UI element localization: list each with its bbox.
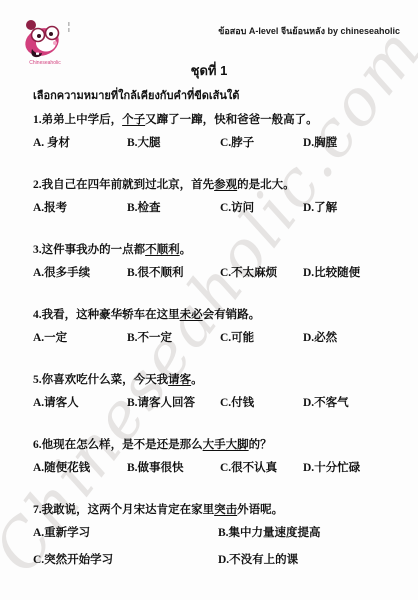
underlined-term: 突击: [214, 504, 237, 516]
underlined-term: 大手大脚: [203, 439, 249, 451]
answer-option: D.不没有上的课: [218, 552, 404, 568]
question-text: 6.他现在怎么样，是不是还是那么大手大脚的？: [33, 437, 404, 453]
question-text: 5.你喜欢吃什么菜，今天我请客。: [33, 372, 404, 388]
document-header-text: ข้อสอบ A-level จีนย้อนหลัง by chineseaho…: [218, 24, 400, 38]
question-text: 7.我敢说，这两个月宋达肯定在家里突击外语呢。: [33, 502, 404, 518]
instruction-text: เลือกความหมายที่ใกล้เคียงกับคำที่ขีดเส้น…: [33, 86, 239, 104]
answer-option: D.比较随便: [303, 265, 404, 281]
underlined-term: 未必: [180, 309, 203, 321]
answer-option: B.大腿: [127, 135, 220, 151]
answer-options: A. 身材B.大腿C.脖子D.胸膛: [33, 135, 404, 151]
answer-options: A.报考B.检查C.访问D.了解: [33, 200, 404, 216]
question-list: 1.弟弟上中学后，个子又蹿了一蹿，快和爸爸一般高了。A. 身材B.大腿C.脖子D…: [33, 112, 404, 594]
answer-option: B.集中力量速度提高: [218, 525, 404, 541]
answer-option: C.脖子: [220, 135, 303, 151]
question-block: 2.我自己在四年前就到过北京，首先参观的是北大。A.报考B.检查C.访问D.了解: [33, 177, 404, 216]
answer-option: A.随便花钱: [33, 460, 127, 476]
answer-options: A.请客人B.请客人回答C.付钱D.不客气: [33, 395, 404, 411]
answer-option: D.不客气: [303, 395, 404, 411]
answer-option: D.必然: [303, 330, 404, 346]
underlined-term: 参观: [214, 179, 237, 191]
set-title: ชุดที่ 1: [0, 60, 418, 81]
answer-option: A.报考: [33, 200, 127, 216]
question-block: 3.这件事我办的一点都不顺利。A.很多手续B.很不顺利C.不太麻烦D.比较随便: [33, 242, 404, 281]
answer-option: A.请客人: [33, 395, 127, 411]
brand-logo: Chineseaholic: [18, 14, 78, 66]
question-text: 1.弟弟上中学后，个子又蹿了一蹿，快和爸爸一般高了。: [33, 112, 404, 128]
answer-option: A. 身材: [33, 135, 127, 151]
question-block: 6.他现在怎么样，是不是还是那么大手大脚的？A.随便花钱B.做事很快C.很不认真…: [33, 437, 404, 476]
question-text: 4.我看，这种豪华轿车在这里未必会有销路。: [33, 307, 404, 323]
question-block: 5.你喜欢吃什么菜，今天我请客。A.请客人B.请客人回答C.付钱D.不客气: [33, 372, 404, 411]
answer-option: B.请客人回答: [127, 395, 220, 411]
answer-option: A.重新学习: [33, 525, 218, 541]
underlined-term: 不顺利: [145, 244, 180, 256]
answer-options: A.重新学习B.集中力量速度提高C.突然开始学习D.不没有上的课: [33, 525, 404, 568]
answer-options: A.随便花钱B.做事很快C.很不认真D.十分忙碌: [33, 460, 404, 476]
mascot-icon: Chineseaholic: [18, 14, 78, 66]
answer-option: C.很不认真: [220, 460, 303, 476]
question-text: 2.我自己在四年前就到过北京，首先参观的是北大。: [33, 177, 404, 193]
question-block: 7.我敢说，这两个月宋达肯定在家里突击外语呢。A.重新学习B.集中力量速度提高C…: [33, 502, 404, 568]
answer-option: B.很不顺利: [127, 265, 220, 281]
exam-page: Chineseaholic.com Chineseaholic ข้อสอบ A…: [0, 0, 418, 600]
question-block: 1.弟弟上中学后，个子又蹿了一蹿，快和爸爸一般高了。A. 身材B.大腿C.脖子D…: [33, 112, 404, 151]
answer-option: C.访问: [220, 200, 303, 216]
answer-option: C.突然开始学习: [33, 552, 218, 568]
answer-option: D.十分忙碌: [303, 460, 404, 476]
answer-options: A.很多手续B.很不顺利C.不太麻烦D.比较随便: [33, 265, 404, 281]
underlined-term: 请客: [168, 374, 191, 386]
answer-option: C.可能: [220, 330, 303, 346]
answer-option: B.做事很快: [127, 460, 220, 476]
answer-option: A.很多手续: [33, 265, 127, 281]
underlined-term: 个子: [122, 114, 145, 126]
question-block: 4.我看，这种豪华轿车在这里未必会有销路。A.一定B.不一定C.可能D.必然: [33, 307, 404, 346]
answer-option: D.胸膛: [303, 135, 404, 151]
question-text: 3.这件事我办的一点都不顺利。: [33, 242, 404, 258]
answer-option: C.不太麻烦: [220, 265, 303, 281]
answer-option: C.付钱: [220, 395, 303, 411]
answer-option: A.一定: [33, 330, 127, 346]
answer-option: B.不一定: [127, 330, 220, 346]
answer-options: A.一定B.不一定C.可能D.必然: [33, 330, 404, 346]
answer-option: B.检查: [127, 200, 220, 216]
answer-option: D.了解: [303, 200, 404, 216]
